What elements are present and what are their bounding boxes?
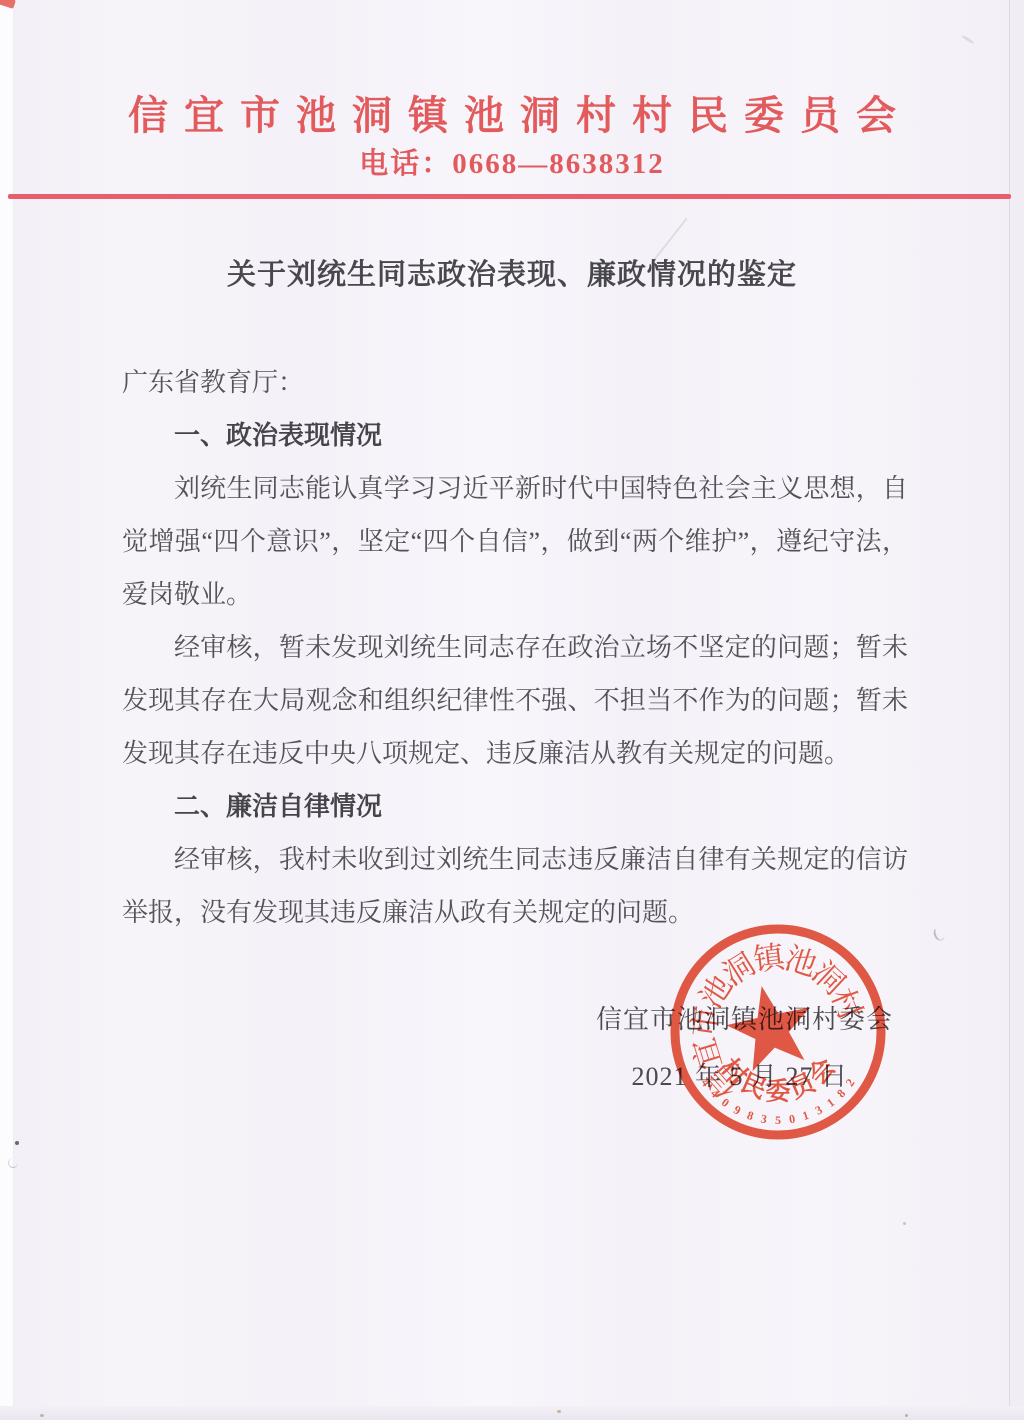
seal-code-digit: 2 xyxy=(843,1076,858,1089)
letterhead-phone: 电话：0668—8638312 xyxy=(0,141,1024,182)
section2-heading: 二、廉洁自律情况 xyxy=(122,780,908,833)
paragraph-2: 经审核，暂未发现刘统生同志存在政治立场不坚定的问题；暂未发现其存在大局观念和组织… xyxy=(122,621,908,780)
section1-heading: 一、政治表现情况 xyxy=(122,409,908,462)
seal-code-digit: 3 xyxy=(760,1112,768,1127)
document-body: 广东省教育厅： 一、政治表现情况 刘统生同志能认真学习习近平新时代中国特色社会主… xyxy=(122,356,908,939)
seal-code-digit: 1 xyxy=(824,1095,837,1110)
letterhead-org-name: 信宜市池洞镇池洞村村民委员会 xyxy=(0,84,1024,141)
scan-speck xyxy=(15,1141,19,1145)
scanned-document-page: 信宜市池洞镇池洞村村民委员会 电话：0668—8638312 关于刘统生同志政治… xyxy=(0,0,1024,1420)
paragraph-1: 刘统生同志能认真学习习近平新时代中国特色社会主义思想，自觉增强“四个意识”，坚定… xyxy=(122,462,908,621)
seal-code-digit: 3 xyxy=(813,1103,825,1118)
scan-speck xyxy=(40,1414,44,1417)
seal-code-digit: 0 xyxy=(788,1112,796,1127)
letterhead-divider-rule xyxy=(8,194,1011,199)
seal-code-digit: 5 xyxy=(775,1113,781,1127)
scan-speck xyxy=(961,35,974,45)
ink-smudge xyxy=(932,927,945,942)
scan-speck xyxy=(8,1158,18,1168)
document-title: 关于刘统生同志政治表现、廉政情况的鉴定 xyxy=(0,252,1024,293)
seal-code-digit: 8 xyxy=(745,1108,755,1123)
scan-edge-right xyxy=(1009,0,1024,1420)
scan-edge-left xyxy=(0,0,14,1420)
seal-code-digit: 1 xyxy=(801,1108,811,1123)
scan-edge-bottom xyxy=(0,1406,1024,1420)
seal-code-digit: 9 xyxy=(731,1103,743,1118)
scan-speck xyxy=(905,1414,908,1417)
scan-speck xyxy=(903,1222,906,1225)
scan-speck xyxy=(557,1410,561,1413)
salutation: 广东省教育厅： xyxy=(122,356,908,409)
official-seal-stamp: 信 宜 市 池 洞 镇 池 洞 村 村 民 委 员 会 4 4 0 9 8 3 … xyxy=(658,912,898,1152)
seal-code-digit: 8 xyxy=(834,1086,848,1100)
